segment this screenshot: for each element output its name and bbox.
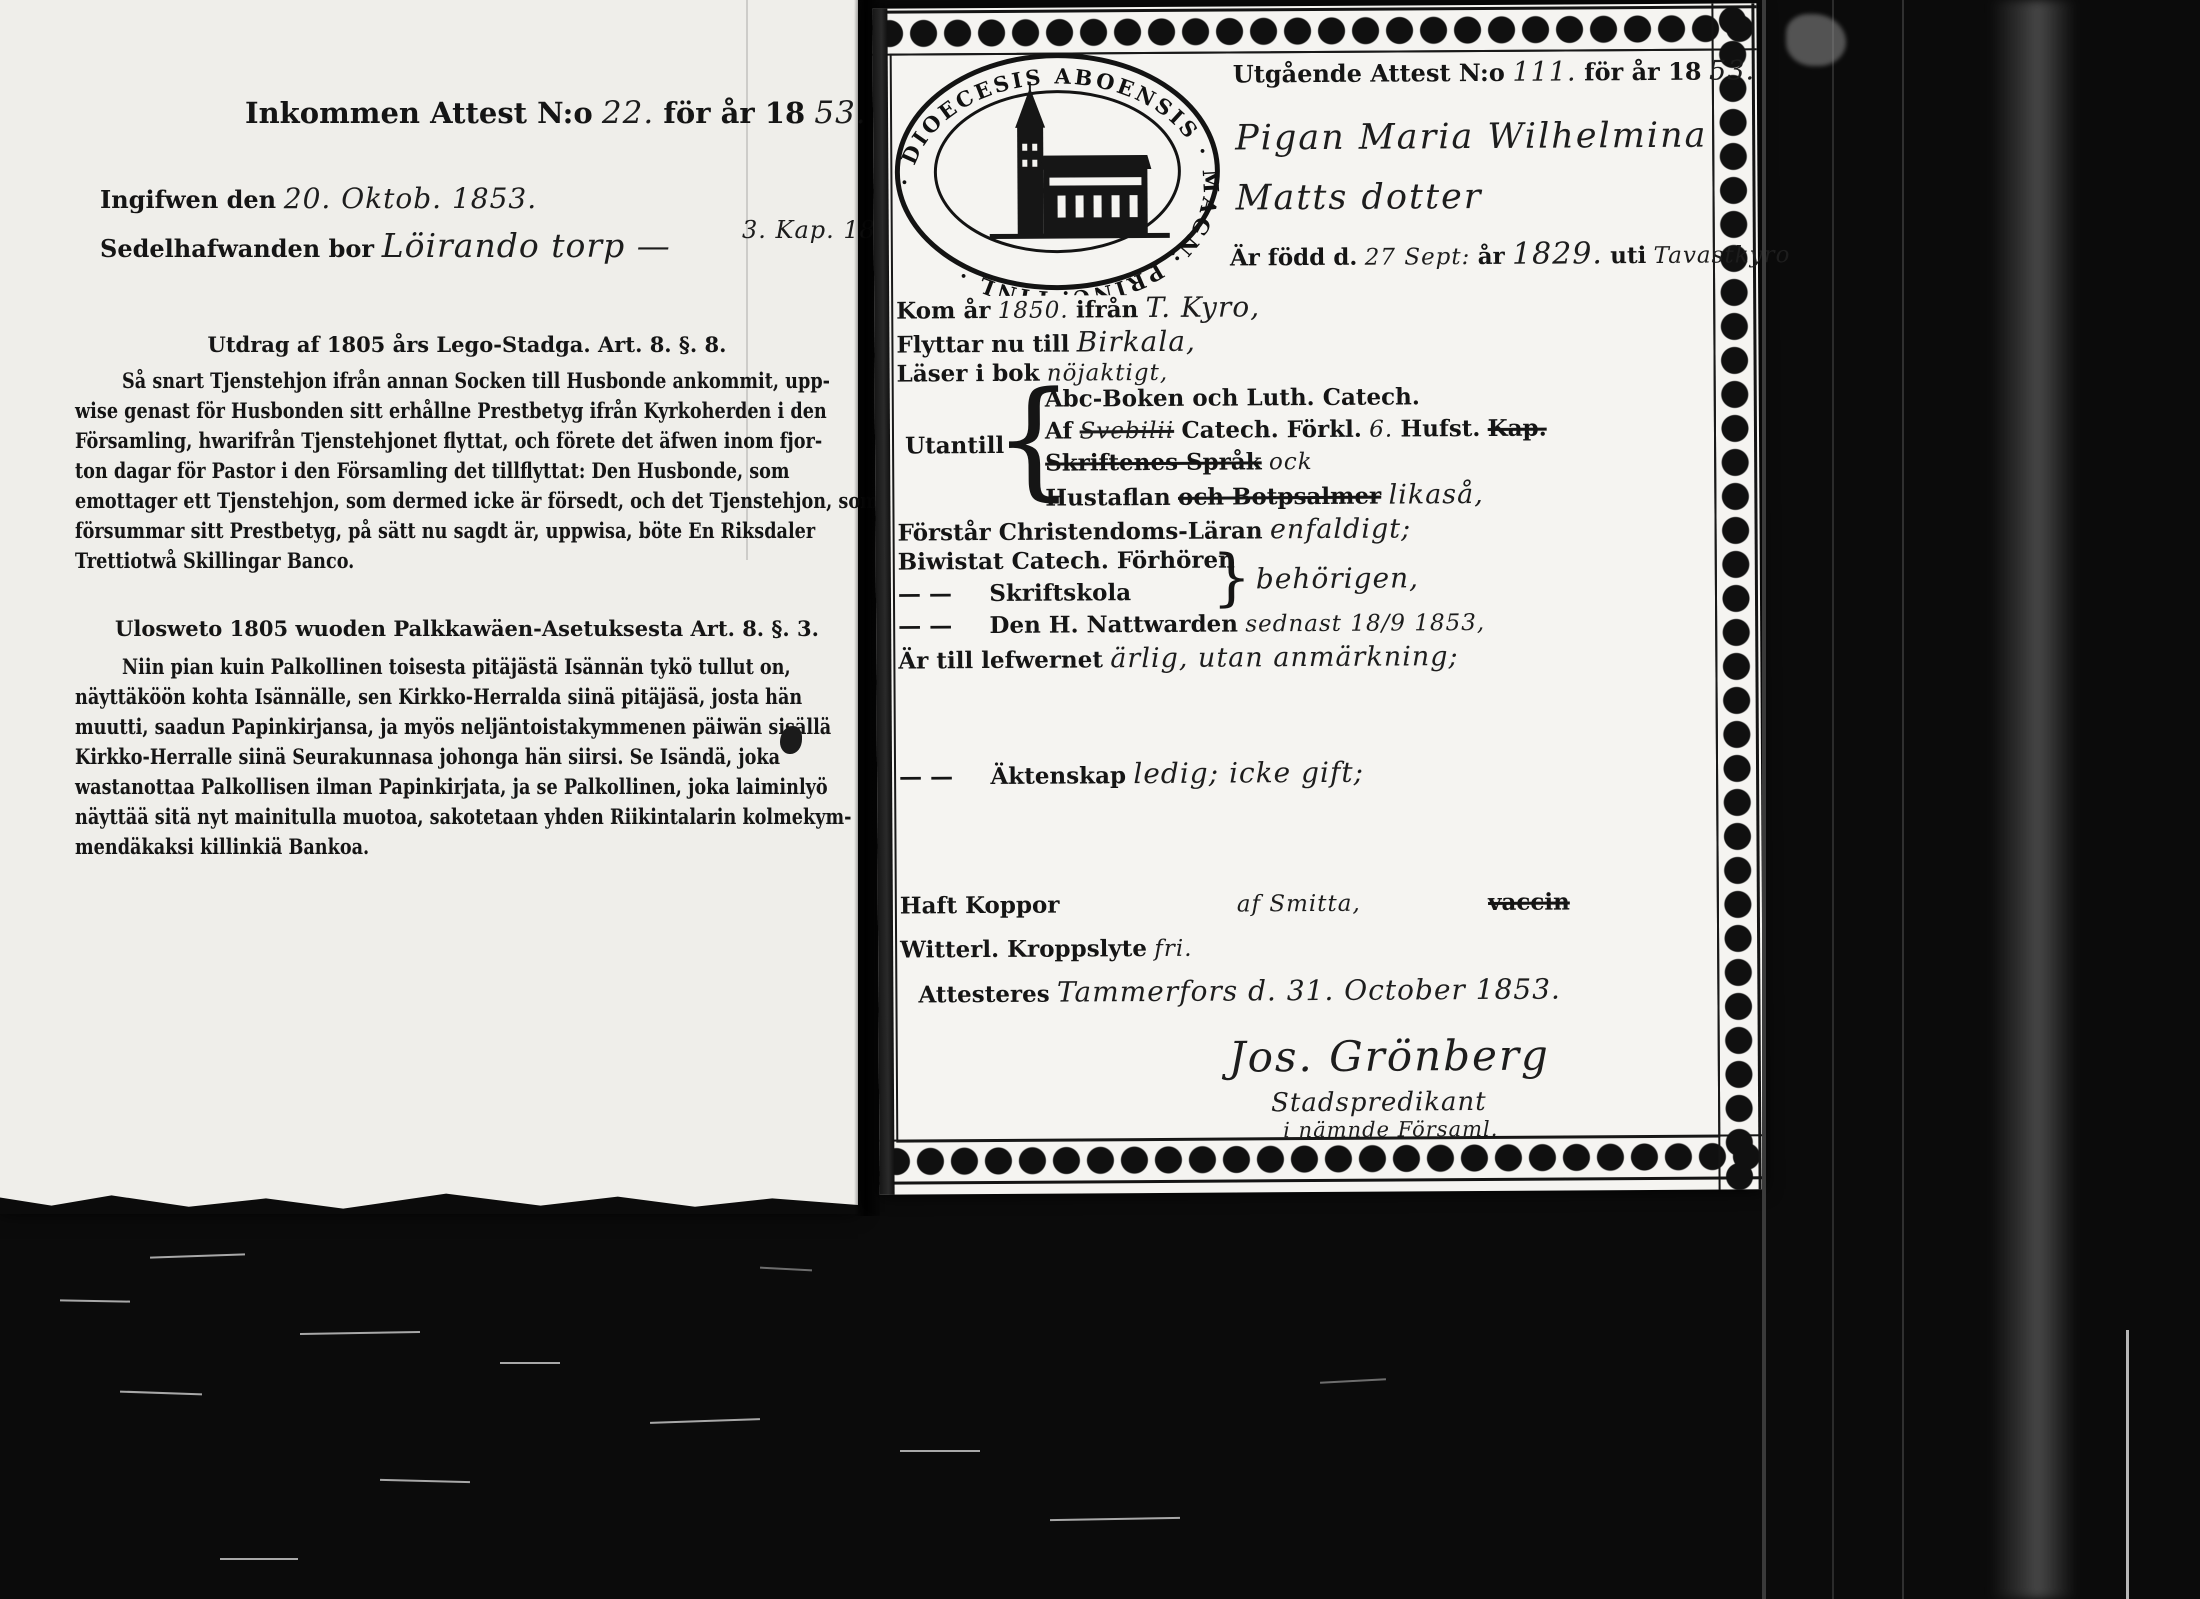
finnish-line: Niin pian kuin Palkollinen toisesta pitä… bbox=[75, 652, 734, 682]
catech-struck-handwriting: Svebilii bbox=[1080, 418, 1175, 445]
swedish-line: Trettiotwå Skillingar Banco. bbox=[75, 546, 734, 576]
diocese-seal: · DIOECESIS ABOENSIS · MAGN: PRINC: FINL… bbox=[889, 47, 1227, 297]
received-label: Ingifwen den bbox=[100, 185, 276, 214]
finnish-statute-heading: Ulosweto 1805 wuoden Palkkawäen-Asetukse… bbox=[75, 616, 859, 641]
ditto-dashes: — — bbox=[898, 580, 952, 607]
utantill-label: Utantill bbox=[905, 432, 1004, 460]
utantill-item-catech: Af Svebilii Catech. Förkl. 6. Hufst. Kap… bbox=[1045, 415, 1547, 445]
communion-line: — — Den H. Nattwarden sednast 18/9 1853, bbox=[898, 609, 1485, 640]
arrived-from-parish: T. Kyro, bbox=[1145, 290, 1260, 324]
scratch-mark bbox=[900, 1450, 980, 1452]
attestation-label: Attesteres bbox=[918, 981, 1049, 1009]
scratch-mark bbox=[150, 1253, 245, 1258]
scratch-mark bbox=[760, 1267, 812, 1272]
signature-name: Jos. Grönberg bbox=[1229, 1031, 1550, 1082]
smallpox-label: Haft Koppor bbox=[900, 892, 1060, 920]
skriftenes-struck-label: Skriftenes Språk bbox=[1045, 448, 1262, 476]
catech-chapter-count: 6. bbox=[1369, 417, 1393, 443]
catechism-attendance-label: Biwistat Catech. Förhören bbox=[898, 547, 1235, 576]
swedish-line: wise genast för Husbonden sitt erhållne … bbox=[75, 396, 734, 426]
hustaflan-struck-part: och Botpsalmer bbox=[1178, 483, 1381, 511]
book-edge-streak bbox=[1902, 0, 1904, 1599]
scratch-mark bbox=[650, 1418, 760, 1424]
smallpox-line: Haft Koppor af Smitta, vaccin bbox=[900, 888, 1570, 919]
arrived-label2: ifrån bbox=[1076, 296, 1139, 323]
catech-label-hufst: Hufst. bbox=[1400, 415, 1480, 442]
finnish-line: mendäkaksi killinkiä Bankoa. bbox=[75, 832, 734, 862]
right-page-title: Utgående Attest N:o 111. för år 18 53. bbox=[1233, 55, 1755, 89]
vertical-scratch bbox=[2126, 1330, 2129, 1599]
finnish-line: wastanottaa Palkollisen ilman Papinkirja… bbox=[75, 772, 734, 802]
left-title-attest-number: 22. bbox=[602, 95, 654, 131]
understanding-line: Förstår Christendoms-Läran enfaldigt; bbox=[897, 513, 1411, 547]
arrived-label1: Kom år bbox=[896, 297, 990, 325]
person-name-line1: Pigan Maria Wilhelmina bbox=[1235, 116, 1708, 159]
swedish-statute-heading: Utdrag af 1805 års Lego-Stadga. Art. 8. … bbox=[75, 332, 859, 357]
swedish-line: försummar sitt Prestbetyg, på sätt nu sa… bbox=[75, 516, 734, 546]
torn-bottom-edge bbox=[0, 1184, 858, 1214]
residence-value: Löirando torp — bbox=[382, 226, 671, 265]
swedish-line: emottager ett Tjenstehjon, som dermed ic… bbox=[75, 486, 734, 516]
utantill-item-abc: Abc-Boken och Luth. Catech. bbox=[1045, 383, 1420, 412]
signature-title: Stadspredikant bbox=[1271, 1087, 1487, 1118]
right-title-prefix: Utgående Attest N:o bbox=[1233, 58, 1505, 89]
swedish-line: ton dagar för Pastor i den Församling de… bbox=[75, 456, 734, 486]
communion-date: sednast 18/9 1853, bbox=[1245, 610, 1485, 637]
paper-speck bbox=[1786, 14, 1846, 66]
moving-to-parish: Birkala, bbox=[1077, 325, 1196, 359]
born-label1: Är född d. bbox=[1230, 244, 1358, 272]
scratch-mark bbox=[300, 1331, 420, 1335]
moving-line: Flyttar nu till Birkala, bbox=[896, 325, 1196, 360]
residence-label: Sedelhafwanden bor bbox=[100, 234, 374, 263]
communion-label: Den H. Nattwarden bbox=[989, 610, 1238, 639]
received-line: Ingifwen den 20. Oktob. 1853. bbox=[100, 182, 537, 215]
scratch-mark bbox=[60, 1299, 130, 1302]
bodily-defect-label: Witterl. Kroppslyte bbox=[900, 935, 1147, 964]
arrived-year: 1850. bbox=[998, 298, 1069, 324]
scratch-mark bbox=[120, 1391, 202, 1396]
right-page-utgaende-attest: · DIOECESIS ABOENSIS · MAGN: PRINC: FINL… bbox=[872, 3, 1763, 1194]
conduct-label: Är till lefwernet bbox=[898, 646, 1103, 674]
marital-status-label: Äktenskap bbox=[990, 762, 1126, 790]
understanding-grade: enfaldigt; bbox=[1270, 513, 1411, 545]
born-date: 27 Sept: bbox=[1365, 244, 1471, 271]
left-title-mid: för år 18 bbox=[663, 96, 805, 130]
marital-status-value: ledig; icke gift; bbox=[1133, 756, 1364, 790]
residence-line: Sedelhafwanden bor Löirando torp — bbox=[100, 226, 671, 265]
conduct-value: ärlig, utan anmärkning; bbox=[1110, 641, 1458, 674]
page-crease bbox=[746, 0, 748, 560]
finnish-statute-paragraph: Niin pian kuin Palkollinen toisesta pitä… bbox=[75, 652, 859, 862]
signature-parish-note: i nämnde Församl. bbox=[1283, 1117, 1498, 1142]
scratch-mark bbox=[500, 1362, 560, 1364]
ditto-dashes: — — bbox=[898, 612, 952, 639]
born-label2: år bbox=[1478, 243, 1505, 270]
arrived-line: Kom år 1850. ifrån T. Kyro, bbox=[896, 290, 1260, 325]
hustaflan-label: Hustaflan bbox=[1045, 484, 1170, 512]
bodily-defect-value: fri. bbox=[1154, 936, 1192, 962]
rosette-border-right bbox=[1711, 3, 1761, 1189]
utantill-item-skriftenes: Skriftenes Språk ock bbox=[1045, 448, 1313, 477]
attestation-line: Attesteres Tammerfors d. 31. October 185… bbox=[918, 973, 1561, 1010]
skriftenes-handwriting: ock bbox=[1269, 449, 1313, 475]
scratch-mark bbox=[1050, 1517, 1180, 1521]
swedish-line: Församling, hwarifrån Tjenstehjonet flyt… bbox=[75, 426, 734, 456]
born-line: Är född d. 27 Sept: år 1829. uti Tavastk… bbox=[1230, 235, 1791, 273]
smallpox-value: af Smitta, bbox=[1237, 891, 1361, 918]
person-name-line2: Matts dotter bbox=[1235, 177, 1482, 219]
scanned-church-record: Inkommen Attest N:o 22. för år 18 53. In… bbox=[0, 0, 2200, 1599]
conduct-line: Är till lefwernet ärlig, utan anmärkning… bbox=[898, 641, 1458, 675]
finnish-line: Kirkko-Herralle siinä Seurakunnasa johon… bbox=[75, 742, 734, 772]
understanding-label: Förstår Christendoms-Läran bbox=[898, 517, 1263, 546]
catech-label-af: Af bbox=[1045, 417, 1073, 444]
left-page-inkommen-attest: Inkommen Attest N:o 22. för år 18 53. In… bbox=[0, 0, 858, 1212]
born-label3: uti bbox=[1610, 242, 1646, 269]
utantill-item-hustaflan: Hustaflan och Botpsalmer likaså, bbox=[1045, 479, 1484, 513]
attestation-place-date: Tammerfors d. 31. October 1853. bbox=[1057, 973, 1561, 1009]
moving-label: Flyttar nu till bbox=[896, 331, 1069, 359]
finnish-line: näyttää sitä nyt mainitulla muotoa, sako… bbox=[75, 802, 734, 832]
born-year: 1829. bbox=[1512, 236, 1603, 272]
scratch-mark bbox=[220, 1558, 298, 1560]
book-edge-streak bbox=[1832, 0, 1834, 1599]
confirmation-school-line: — — Skriftskola bbox=[898, 579, 1131, 607]
right-title-mid: för år 18 bbox=[1584, 57, 1701, 87]
catech-label-forkl: Catech. Förkl. bbox=[1181, 416, 1362, 444]
left-page-title: Inkommen Attest N:o 22. för år 18 53. bbox=[245, 95, 867, 131]
confirmation-school-label: Skriftskola bbox=[989, 579, 1131, 607]
school-grade: behörigen, bbox=[1256, 561, 1419, 595]
scratch-mark bbox=[380, 1479, 470, 1483]
swedish-line: Så snart Tjenstehjon ifrån annan Socken … bbox=[75, 366, 734, 396]
catech-struck-kap: Kap. bbox=[1488, 415, 1547, 442]
marital-status-line: — — Äktenskap ledig; icke gift; bbox=[899, 756, 1364, 792]
scratch-mark bbox=[1320, 1378, 1386, 1383]
right-title-attest-number: 111. bbox=[1512, 56, 1576, 87]
book-edge-streak bbox=[1762, 0, 1766, 1599]
smallpox-struck-vaccin: vaccin bbox=[1488, 888, 1570, 915]
born-parish: Tavastkyro bbox=[1654, 242, 1791, 269]
received-date: 20. Oktob. 1853. bbox=[284, 182, 537, 215]
finnish-line: muutti, saadun Papinkirjansa, ja myös ne… bbox=[75, 712, 734, 742]
finnish-line: näyttäköön kohta Isännälle, sen Kirkko-H… bbox=[75, 682, 734, 712]
left-title-prefix: Inkommen Attest N:o bbox=[245, 96, 593, 130]
book-edge-highlight-band bbox=[1990, 0, 2076, 1599]
swedish-statute-paragraph: Så snart Tjenstehjon ifrån annan Socken … bbox=[75, 366, 859, 576]
school-brace: } bbox=[1212, 546, 1252, 608]
ditto-dashes: — — bbox=[899, 763, 953, 790]
hustaflan-handwriting: likaså, bbox=[1388, 479, 1483, 511]
bodily-defect-line: Witterl. Kroppslyte fri. bbox=[900, 935, 1193, 964]
right-title-year: 53. bbox=[1709, 55, 1755, 86]
